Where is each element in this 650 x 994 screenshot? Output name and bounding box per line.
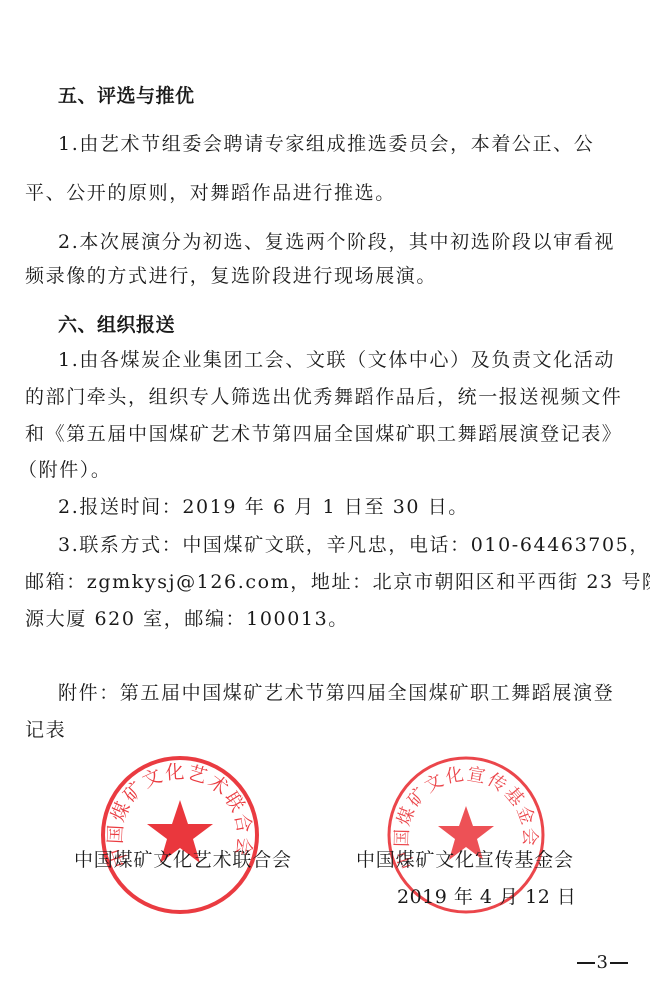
official-seal-art-federation: 中国煤矿文化艺术联合会: [99, 754, 261, 916]
paragraph-line: 3.联系方式：中国煤矿文联，辛凡忠，电话：010-64463705，: [58, 533, 650, 557]
dash-left: [577, 962, 595, 963]
paragraph-line: 1.由各煤炭企业集团工会、文联（文体中心）及负责文化活动: [58, 348, 615, 372]
signature-left: 中国煤矿文化艺术联合会: [74, 848, 292, 872]
paragraph-line: （附件）。: [18, 458, 112, 482]
dash-right: [610, 962, 628, 963]
section-heading-submission: 六、组织报送: [58, 313, 175, 337]
signing-date: 2019 年 4 月 12 日: [397, 885, 576, 909]
paragraph-line: 的部门牵头，组织专人筛选出优秀舞蹈作品后，统一报送视频文件: [25, 385, 622, 409]
paragraph-line: 平、公开的原则，对舞蹈作品进行推选。: [25, 181, 396, 205]
page-number-value: 3: [597, 952, 608, 974]
paragraph-line: 源大厦 620 室，邮编：100013。: [25, 607, 349, 631]
attachment-line: 附件：第五届中国煤矿艺术节第四届全国煤矿职工舞蹈展演登: [58, 681, 614, 705]
paragraph-line: 和《第五届中国煤矿艺术节第四届全国煤矿职工舞蹈展演登记表》: [25, 422, 622, 446]
section-heading-evaluation: 五、评选与推优: [58, 84, 195, 108]
document-page: 五、评选与推优 1.由艺术节组委会聘请专家组成推选委员会，本着公正、公 平、公开…: [0, 0, 650, 994]
paragraph-line: 邮箱：zgmkysj@126.com，地址：北京市朝阳区和平西街 23 号院安: [25, 570, 650, 594]
paragraph-line: 1.由艺术节组委会聘请专家组成推选委员会，本着公正、公: [58, 132, 594, 156]
paragraph-line: 2.报送时间：2019 年 6 月 1 日至 30 日。: [58, 495, 469, 519]
paragraph-line: 频录像的方式进行，复选阶段进行现场展演。: [25, 264, 437, 288]
attachment-line: 记表: [25, 718, 66, 742]
page-number: 3: [577, 952, 628, 974]
signature-right: 中国煤矿文化宣传基金会: [356, 848, 574, 872]
paragraph-line: 2.本次展演分为初选、复选两个阶段，其中初选阶段以审看视: [58, 230, 615, 254]
